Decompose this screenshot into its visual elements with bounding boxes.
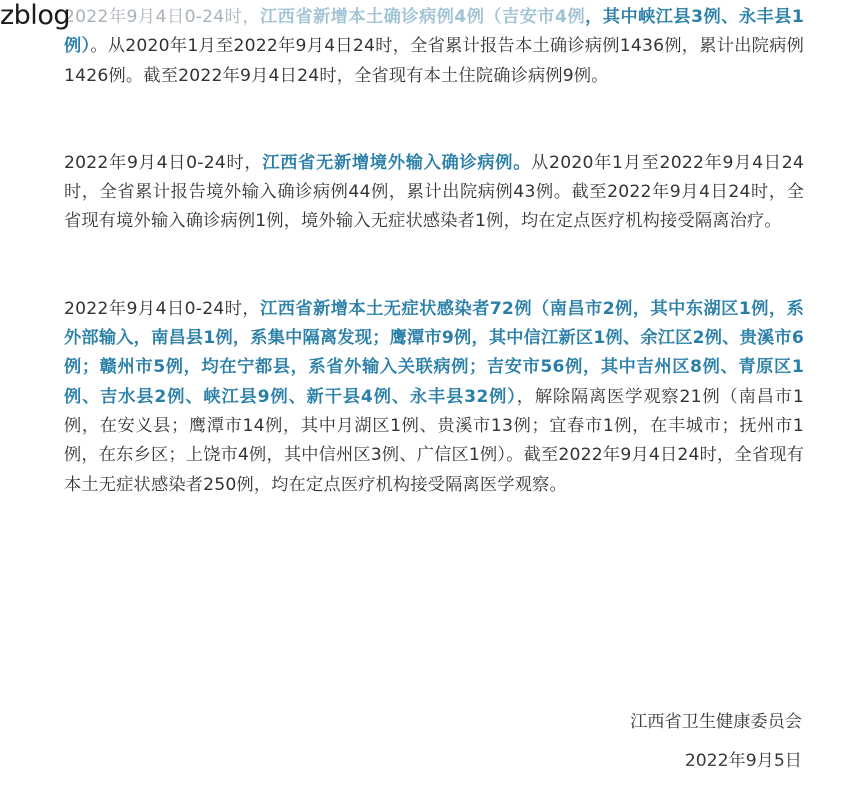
report-period: 2022年9月4日0-24时， xyxy=(64,153,262,173)
report-period: 2022年9月4日0-24时， xyxy=(64,7,260,27)
paragraph-local-confirmed: 2022年9月4日0-24时，江西省新增本土确诊病例4例（吉安市4例，其中峡江县… xyxy=(64,3,804,91)
paragraph-local-asymptomatic: 2022年9月4日0-24时，江西省新增本土无症状感染者72例（南昌市2例，其中… xyxy=(64,295,804,500)
signature-date: 2022年9月5日 xyxy=(685,746,802,771)
paragraph-imported-confirmed: 2022年9月4日0-24时，江西省无新增境外输入确诊病例。从2020年1月至2… xyxy=(64,149,804,237)
highlight-no-imported: 江西省无新增境外输入确诊病例。 xyxy=(262,153,531,173)
local-confirmed-summary: 。从2020年1月至2022年9月4日24时，全省累计报告本土确诊病例1436例… xyxy=(64,36,804,85)
report-period: 2022年9月4日0-24时， xyxy=(64,299,260,319)
watermark-logo: zblog xyxy=(0,0,70,32)
highlight-new-local-confirmed: 江西省新增本土确诊病例4例（吉安市4例 xyxy=(260,7,585,27)
article-body: 2022年9月4日0-24时，江西省新增本土确诊病例4例（吉安市4例，其中峡江县… xyxy=(64,3,804,500)
signature-organization: 江西省卫生健康委员会 xyxy=(630,707,802,732)
